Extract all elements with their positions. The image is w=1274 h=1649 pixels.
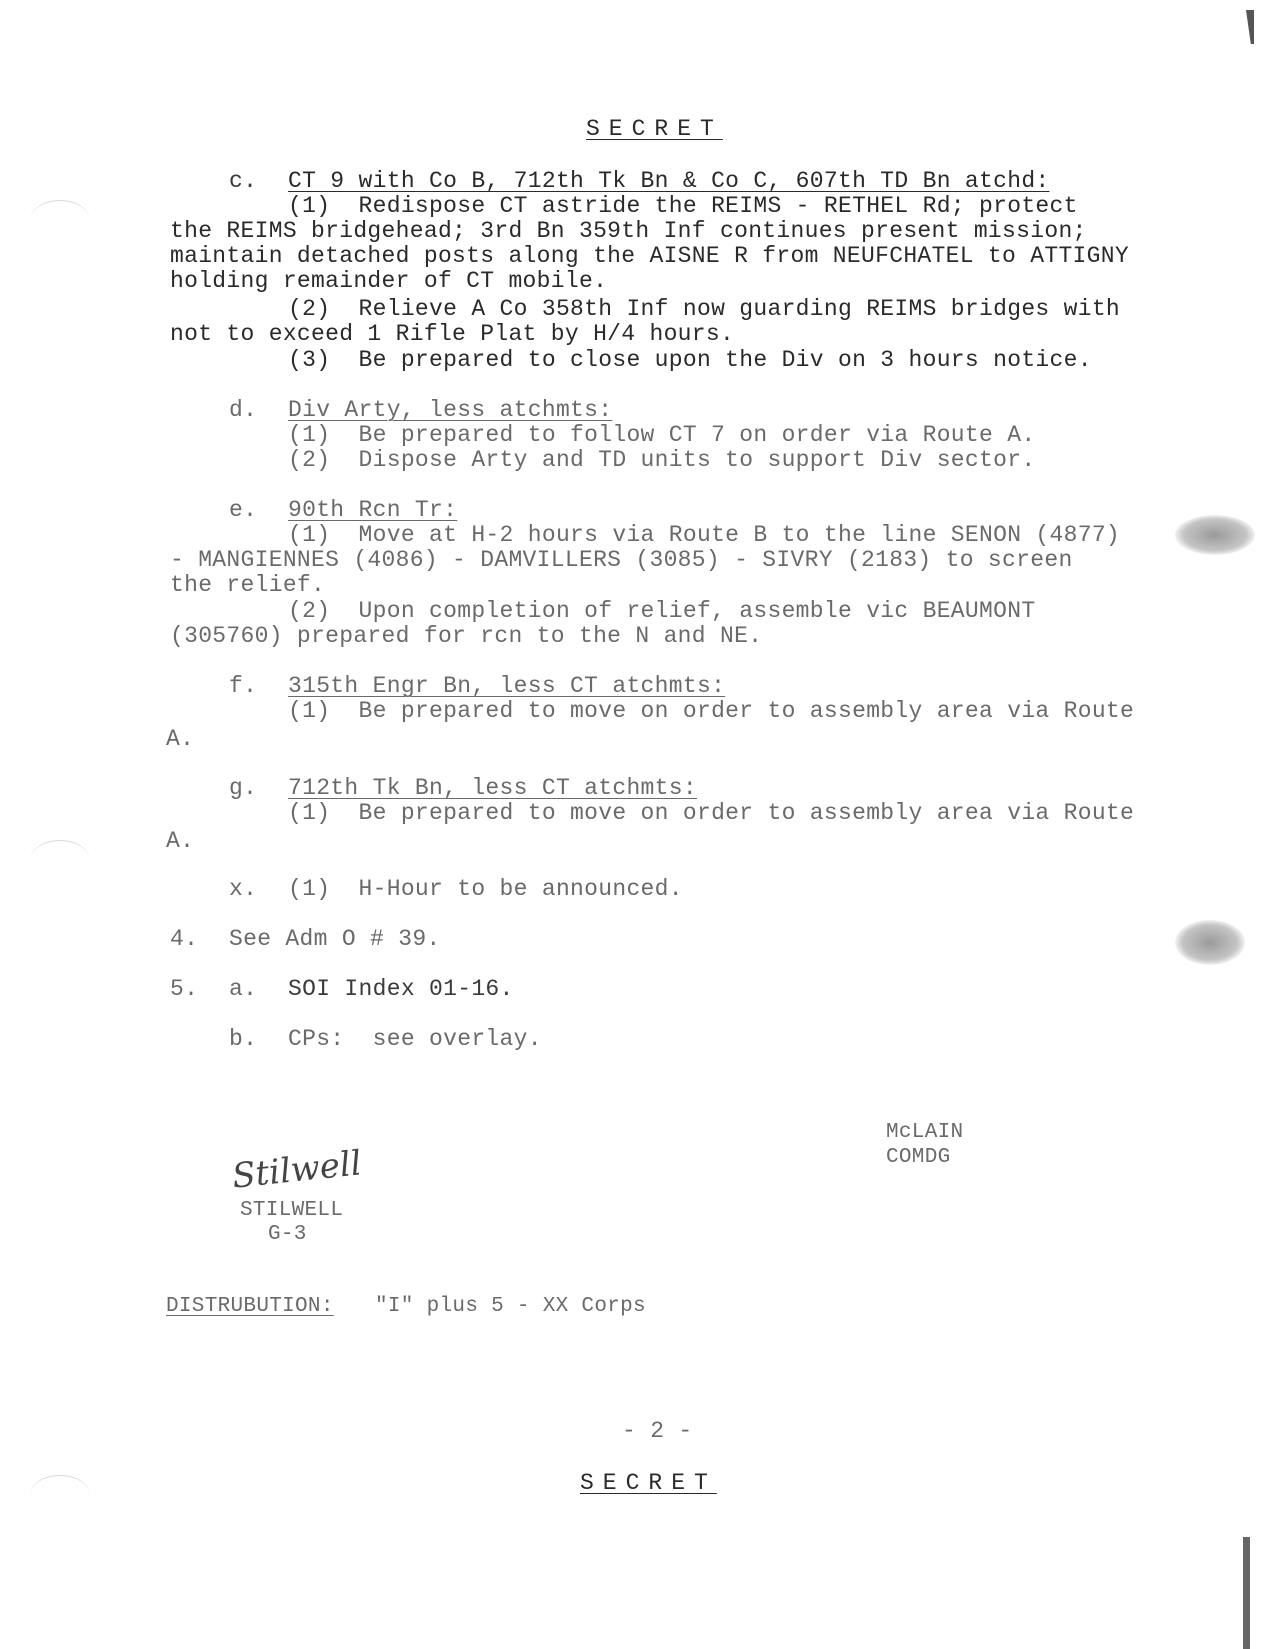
para-c-line-1: (1) Redispose CT astride the REIMS - RET… — [288, 193, 1078, 219]
para-f-heading: 315th Engr Bn, less CT atchmts: — [288, 673, 725, 699]
para-4-label: 4. — [170, 926, 198, 952]
scan-edge-mark-top — [1246, 10, 1254, 44]
punch-hole-mark-3 — [30, 1475, 90, 1516]
para-d-label: d. — [229, 397, 257, 423]
distribution-text: "I" plus 5 - XX Corps — [375, 1294, 646, 1320]
para-5a-text: SOI Index 01-16. — [288, 976, 514, 1002]
para-f-line-2: A. — [166, 726, 194, 752]
para-c-line-4: holding remainder of CT mobile. — [170, 268, 607, 294]
para-e-line-4: (2) Upon completion of relief, assemble … — [288, 598, 1035, 624]
para-c-heading: CT 9 with Co B, 712th Tk Bn & Co C, 607t… — [288, 168, 1050, 194]
para-c-label: c. — [229, 168, 257, 194]
punch-hole-mark-1 — [30, 200, 90, 241]
para-c-line-2: the REIMS bridgehead; 3rd Bn 359th Inf c… — [170, 218, 1087, 244]
commander-title: COMDG — [886, 1145, 951, 1171]
para-f-label: f. — [229, 673, 257, 699]
para-x-text: (1) H-Hour to be announced. — [288, 876, 683, 902]
distribution-label: DISTRUBUTION: — [166, 1294, 334, 1320]
para-c-line-5: (2) Relieve A Co 358th Inf now guarding … — [288, 296, 1120, 322]
commander-name: McLAIN — [886, 1120, 963, 1146]
scan-smudge-lower — [1175, 920, 1245, 965]
para-5b-label: b. — [229, 1026, 257, 1052]
para-g-line-2: A. — [166, 828, 194, 854]
para-d-heading: Div Arty, less atchmts: — [288, 397, 612, 423]
para-e-line-2: - MANGIENNES (4086) - DAMVILLERS (3085) … — [170, 547, 1073, 573]
para-d-line-1: (1) Be prepared to follow CT 7 on order … — [288, 422, 1035, 448]
para-g-label: g. — [229, 775, 257, 801]
para-f-line-1: (1) Be prepared to move on order to asse… — [288, 698, 1134, 724]
g3-name: STILWELL — [240, 1198, 343, 1224]
para-c-line-7: (3) Be prepared to close upon the Div on… — [288, 347, 1092, 373]
punch-hole-mark-2 — [30, 840, 90, 881]
para-x-label: x. — [229, 876, 257, 902]
para-g-line-1: (1) Be prepared to move on order to asse… — [288, 800, 1134, 826]
para-e-line-1: (1) Move at H-2 hours via Route B to the… — [288, 522, 1120, 548]
classification-header: SECRET — [586, 116, 723, 142]
para-5a-label: a. — [229, 976, 257, 1002]
para-d-line-2: (2) Dispose Arty and TD units to support… — [288, 447, 1035, 473]
para-5b-text: CPs: see overlay. — [288, 1026, 542, 1052]
para-5-label: 5. — [170, 976, 198, 1002]
scan-smudge-upper — [1175, 515, 1255, 555]
g3-handwritten-signature: Stilwell — [230, 1143, 363, 1196]
para-c-line-3: maintain detached posts along the AISNE … — [170, 243, 1129, 269]
classification-footer: SECRET — [580, 1470, 717, 1496]
para-e-heading: 90th Rcn Tr: — [288, 497, 457, 523]
scan-edge-mark-bottom — [1243, 1537, 1250, 1649]
para-g-heading: 712th Tk Bn, less CT atchmts: — [288, 775, 697, 801]
para-4-text: See Adm O # 39. — [229, 926, 441, 952]
para-e-label: e. — [229, 497, 257, 523]
para-e-line-5: (305760) prepared for rcn to the N and N… — [170, 623, 762, 649]
page-number: - 2 - — [622, 1418, 693, 1444]
para-c-line-6: not to exceed 1 Rifle Plat by H/4 hours. — [170, 321, 734, 347]
para-e-line-3: the relief. — [170, 572, 325, 598]
g3-title: G-3 — [268, 1222, 307, 1248]
